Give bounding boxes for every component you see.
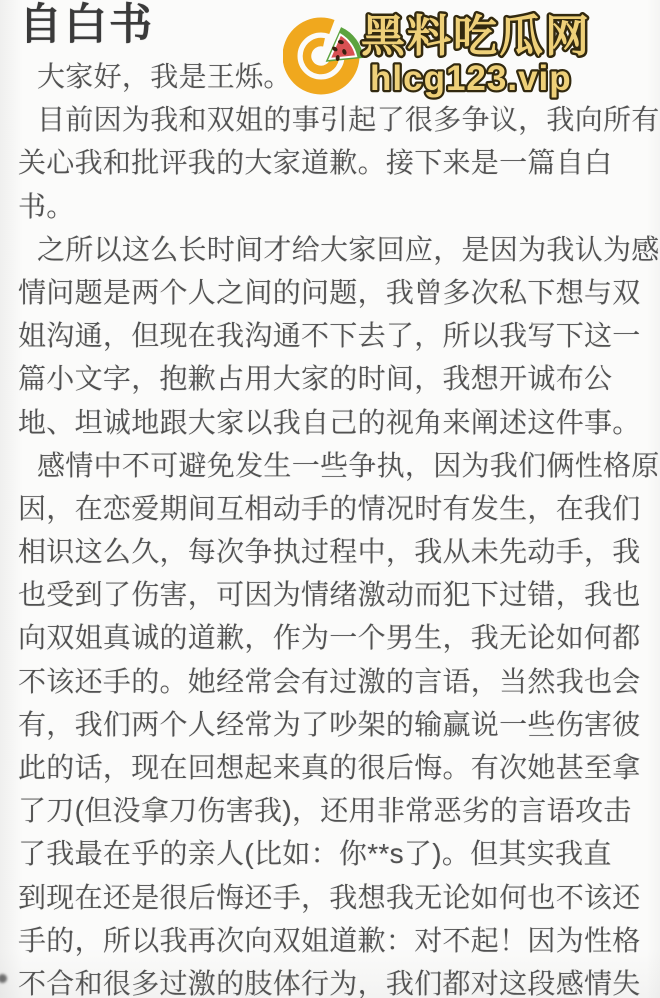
text-line: 姐沟通，但现在我沟通不下去了，所以我写下这一 [18,314,660,357]
watermark-site-name: 黑料吃瓜网 [361,12,591,61]
document-title: 自白书 [19,0,154,52]
text-line: 不该还手的。她经常会有过激的言语，当然我也会 [18,660,660,703]
text-line: 了刀(但没拿刀伤害我)，还用非常恶劣的言语攻击 [18,789,660,832]
text-line: 关心我和批评我的大家道歉。接下来是一篇自白 [18,141,660,184]
text-line: 篇小文字，抱歉占用大家的时间，我想开诚布公 [18,357,660,400]
text-line: 地、坦诚地跟大家以我自己的视角来阐述这件事。 [18,401,660,444]
document-body: 大家好，我是王烁。 目前因为我和双姐的事引起了很多争议，我向所有 关心我和批评我… [18,55,660,998]
text-line: 因，在恋爱期间互相动手的情况时有发生，在我们 [18,487,660,530]
text-line: 了我最在乎的亲人(比如：你**s了)。但其实我直 [18,832,660,875]
text-line: 到现在还是很后悔还手，我想我无论如何也不该还 [18,876,660,919]
photo-document-page: 自白书 黑料吃瓜网 hlcg123.vip 大家好，我是王烁。 [0,0,660,998]
text-line: 向双姐真诚的道歉，作为一个男生，我无论如何都 [18,616,660,659]
text-line: 目前因为我和双姐的事引起了很多争议，我向所有 [18,98,660,141]
text-line: 之所以这么长时间才给大家回应，是因为我认为感 [18,228,660,271]
text-line: 不合和很多过激的肢体行为，我们都对这段感情失 [18,962,660,998]
text-line: 相识这么久，每次争执过程中，我从未先动手，我 [18,530,660,573]
text-line: 有，我们两个人经常为了吵架的输赢说一些伤害彼 [18,703,660,746]
text-line: 也受到了伤害，可因为情绪激动而犯下过错，我也 [18,573,660,616]
text-line: 书。 [18,185,660,228]
text-line: 情问题是两个人之间的问题，我曾多次私下想与双 [18,271,660,314]
photo-smudge-dot [0,974,7,983]
text-line: 感情中不可避免发生一些争执，因为我们俩性格原 [18,444,660,487]
text-line: 此的话，现在回想起来真的很后悔。有次她甚至拿 [18,746,660,789]
text-line: 手的，所以我再次向双姐道歉：对不起！因为性格 [18,919,660,962]
text-line: 大家好，我是王烁。 [18,55,660,98]
